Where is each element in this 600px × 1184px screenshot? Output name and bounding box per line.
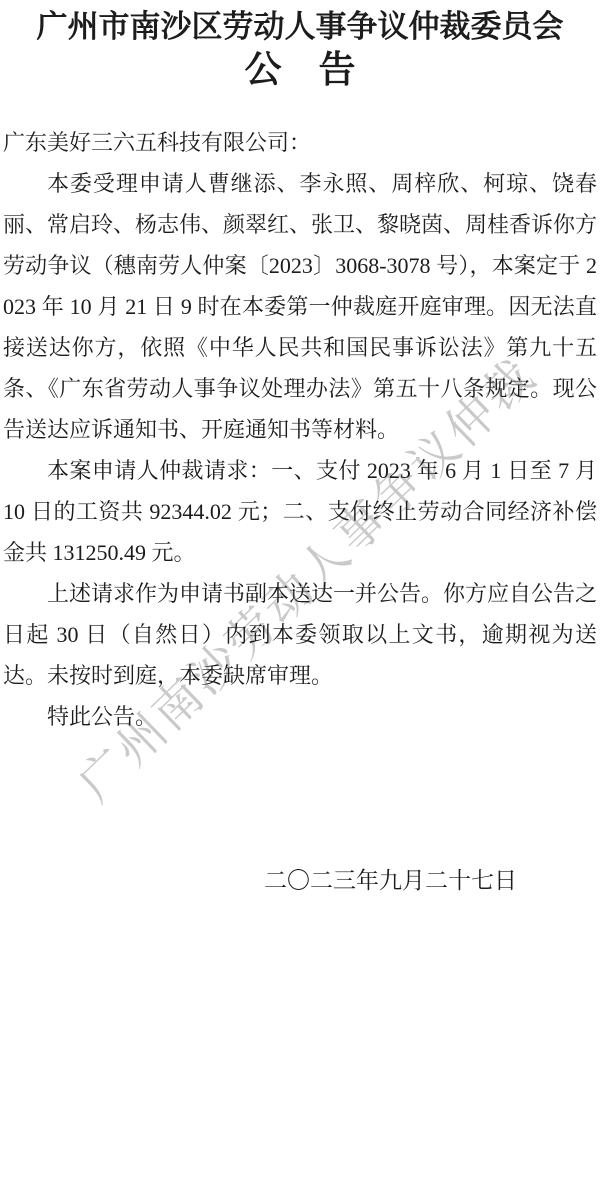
- document-date: 二〇二三年九月二十七日: [264, 867, 517, 895]
- document-body: 广东美好三六五科技有限公司： 本委受理申请人曹继添、李永照、周梓欣、柯琼、饶春丽…: [3, 122, 597, 737]
- recipient-line: 广东美好三六五科技有限公司：: [3, 122, 597, 163]
- announcement-page: 广州南沙劳动人事争议仲裁 广州市南沙区劳动人事争议仲裁委员会 公 告 广东美好三…: [0, 0, 600, 1184]
- paragraph-claims: 本案申请人仲裁请求：一、支付 2023 年 6 月 1 日至 7 月 10 日的…: [3, 450, 597, 573]
- document-title: 广州市南沙区劳动人事争议仲裁委员会: [0, 6, 600, 48]
- paragraph-notice: 上述请求作为申请书副本送达一并公告。你方应自公告之日起 30 日（自然日）内到本…: [3, 573, 597, 696]
- document-subtitle: 公 告: [0, 48, 600, 94]
- paragraph-closing: 特此公告。: [3, 696, 597, 737]
- paragraph-case-info: 本委受理申请人曹继添、李永照、周梓欣、柯琼、饶春丽、常启玲、杨志伟、颜翠红、张卫…: [3, 163, 597, 450]
